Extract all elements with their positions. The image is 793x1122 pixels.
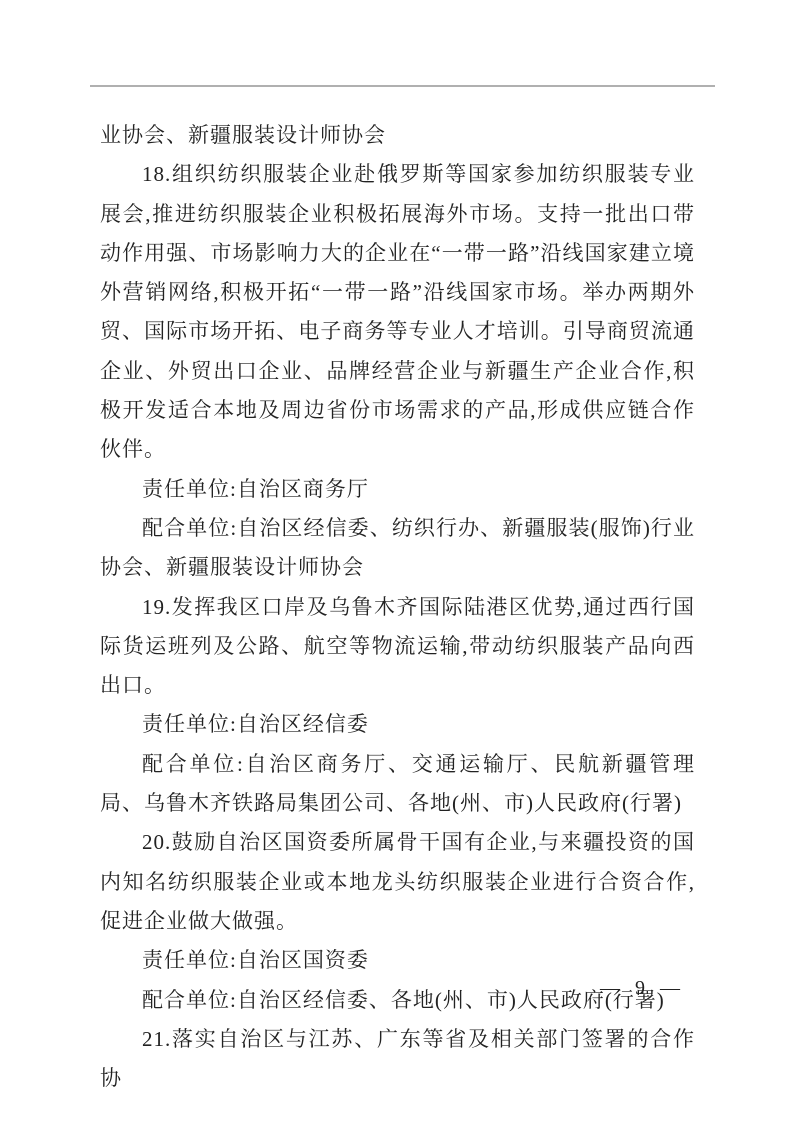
item-21: 21.落实自治区与江苏、广东等省及相关部门签署的合作协 (100, 1020, 695, 1099)
item-20-responsible-unit: 责任单位:自治区国资委 (100, 941, 695, 980)
document-page: 业协会、新疆服装设计师协会18.组织纺织服装企业赴俄罗斯等国家参加纺织服装专业展… (0, 0, 793, 1122)
item-20: 20.鼓励自治区国资委所属骨干国有企业,与来疆投资的国内知名纺织服装企业或本地龙… (100, 823, 695, 941)
item-18-responsible-unit: 责任单位:自治区商务厅 (100, 470, 695, 509)
item-18: 18.组织纺织服装企业赴俄罗斯等国家参加纺织服装专业展会,推进纺织服装企业积极拓… (100, 155, 695, 469)
header-rule (90, 85, 715, 87)
document-body: 业协会、新疆服装设计师协会18.组织纺织服装企业赴俄罗斯等国家参加纺织服装专业展… (100, 116, 695, 1098)
item-19: 19.发挥我区口岸及乌鲁木齐国际陆港区优势,通过西行国际货运班列及公路、航空等物… (100, 588, 695, 706)
para-continuation-from-prev-page: 业协会、新疆服装设计师协会 (100, 116, 695, 155)
item-19-responsible-unit: 责任单位:自治区经信委 (100, 705, 695, 744)
item-19-cooperating-unit: 配合单位:自治区商务厅、交通运输厅、民航新疆管理局、乌鲁木齐铁路局集团公司、各地… (100, 745, 695, 824)
page-number: — 9 — (600, 977, 685, 1000)
item-18-cooperating-unit: 配合单位:自治区经信委、纺织行办、新疆服装(服饰)行业协会、新疆服装设计师协会 (100, 509, 695, 588)
